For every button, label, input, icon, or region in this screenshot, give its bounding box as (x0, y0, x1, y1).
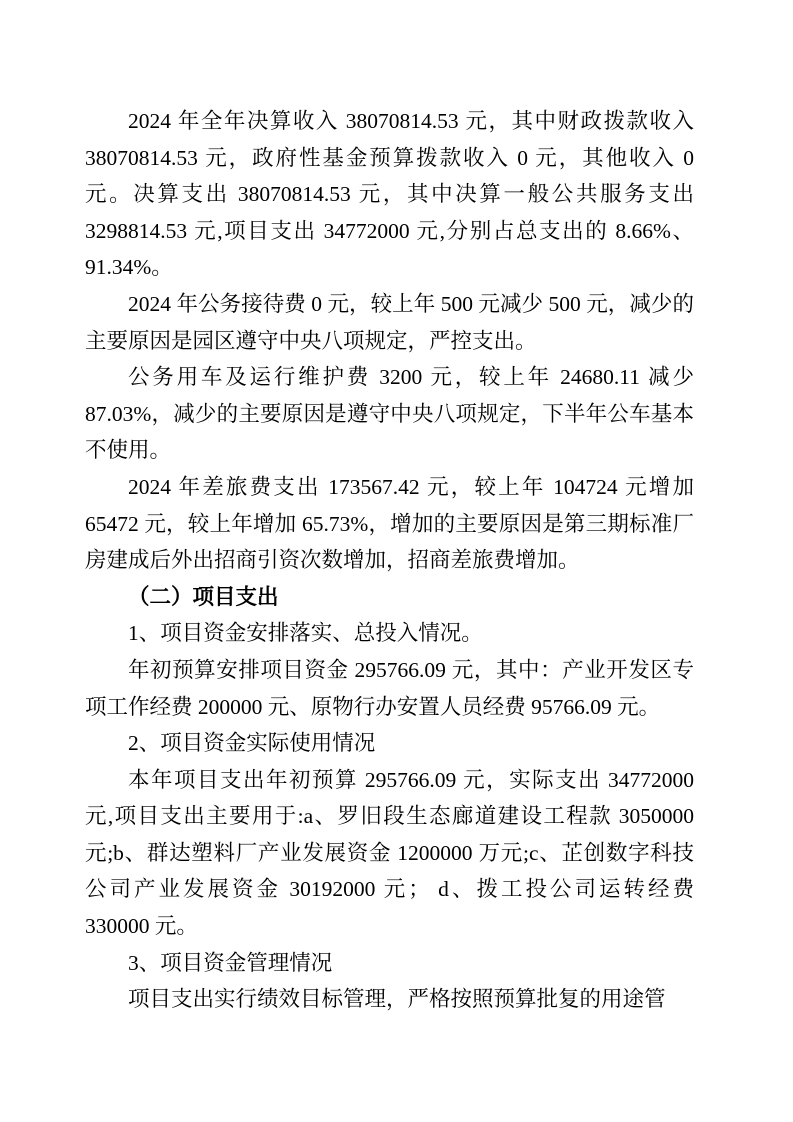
paragraph: 2024 年差旅费支出 173567.42 元，较上年 104724 元增加 6… (85, 469, 694, 579)
paragraph: 公务用车及运行维护费 3200 元，较上年 24680.11 减少 87.03%… (85, 359, 694, 469)
document-content: 2024 年全年决算收入 38070814.53 元，其中财政拨款收入 3807… (85, 103, 694, 1018)
paragraph: 本年项目支出年初预算 295766.09 元，实际支出 34772000 元,项… (85, 762, 694, 945)
paragraph: 3、项目资金管理情况 (85, 945, 694, 982)
section-heading: （二）项目支出 (85, 579, 694, 616)
paragraph: 1、项目资金安排落实、总投入情况。 (85, 615, 694, 652)
document-page: 2024 年全年决算收入 38070814.53 元，其中财政拨款收入 3807… (0, 0, 793, 1122)
paragraph: 年初预算安排项目资金 295766.09 元，其中：产业开发区专项工作经费 20… (85, 652, 694, 725)
paragraph: 2、项目资金实际使用情况 (85, 725, 694, 762)
paragraph: 项目支出实行绩效目标管理，严格按照预算批复的用途管 (85, 981, 694, 1018)
paragraph: 2024 年公务接待费 0 元，较上年 500 元减少 500 元，减少的主要原… (85, 286, 694, 359)
paragraph: 2024 年全年决算收入 38070814.53 元，其中财政拨款收入 3807… (85, 103, 694, 286)
